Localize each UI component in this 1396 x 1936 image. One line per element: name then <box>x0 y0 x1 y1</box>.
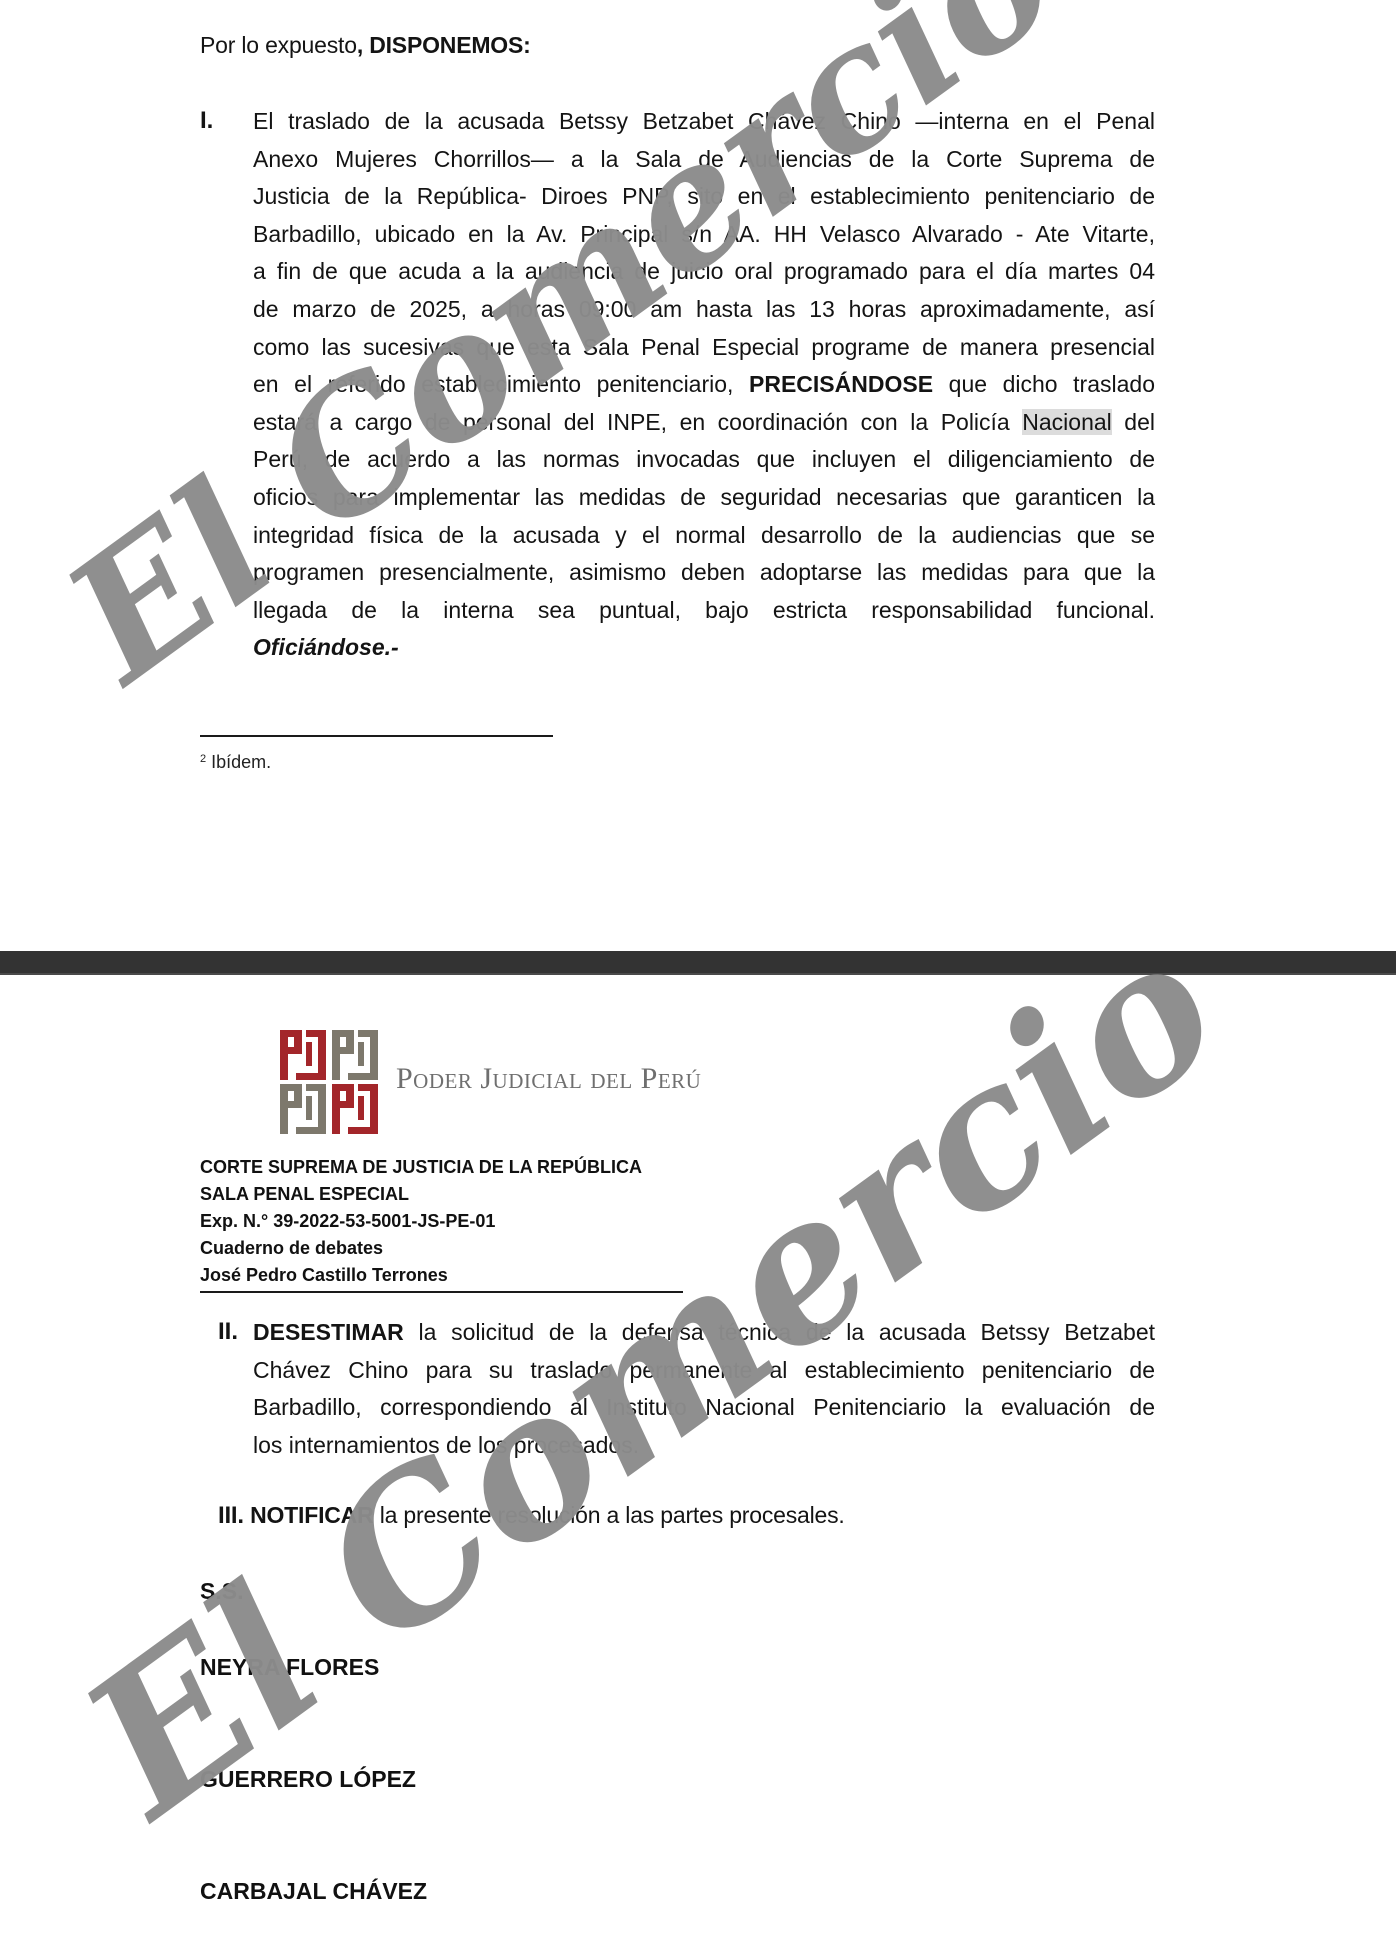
paragraph-line: El traslado de la acusada Betssy Betzabe… <box>253 108 1155 145</box>
footnote-text: Ibídem. <box>211 752 271 772</box>
item-3-verb: NOTIFICAR <box>250 1502 373 1528</box>
paragraph-line: Barbadillo, ubicado en la Av. Principal … <box>253 221 1155 258</box>
paragraph-line: Anexo Mujeres Chorrillos— a la Sala de A… <box>253 146 1155 183</box>
paragraph-line: DESESTIMAR la solicitud de la defensa té… <box>253 1319 1155 1356</box>
footnote-marker: 2 <box>200 753 206 765</box>
footnote: 2 Ibídem. <box>200 752 271 773</box>
signatory-3: CARBAJAL CHÁVEZ <box>200 1878 427 1905</box>
highlighted-word: Nacional <box>1022 409 1112 435</box>
footnote-separator <box>200 735 553 737</box>
salutation: S.S. <box>200 1578 243 1605</box>
header-line: Exp. N.° 39-2022-53-5001-JS-PE-01 <box>200 1211 495 1232</box>
precisandose-bold: PRECISÁNDOSE <box>749 371 933 397</box>
signatory-2: GUERRERO LÓPEZ <box>200 1766 416 1793</box>
paragraph-line: a fin de que acuda a la audiencia de jui… <box>253 258 1155 295</box>
paragraph-line: estará a cargo de personal del INPE, en … <box>253 409 1155 446</box>
header-line: José Pedro Castillo Terrones <box>200 1265 448 1286</box>
paragraph-line: los internamientos de los procesados. <box>253 1432 1155 1469</box>
header-line: Cuaderno de debates <box>200 1238 383 1259</box>
page-divider <box>0 951 1396 975</box>
paragraph-line: Chávez Chino para su traslado permanente… <box>253 1357 1155 1394</box>
desestimar-bold: DESESTIMAR <box>253 1319 404 1345</box>
item-numeral-1: I. <box>200 107 213 135</box>
item-3-text: la presente resolución a las partes proc… <box>380 1502 845 1528</box>
logo-wordmark: Poder Judicial del Perú <box>396 1062 701 1096</box>
closing-line: Oficiándose.- <box>253 634 1155 671</box>
paragraph-line: como las sucesivas que esta Sala Penal E… <box>253 334 1155 371</box>
paragraph-line: de marzo de 2025, a horas 09:00 am hasta… <box>253 296 1155 333</box>
intro-text: Por lo expuesto <box>200 32 357 58</box>
header-line: CORTE SUPREMA DE JUSTICIA DE LA REPÚBLIC… <box>200 1157 642 1178</box>
intro-bold: , DISPONEMOS: <box>357 32 531 58</box>
item-3-paragraph: III. NOTIFICAR la presente resolución a … <box>218 1502 845 1530</box>
disposition-intro: Por lo expuesto, DISPONEMOS: <box>200 32 531 59</box>
paragraph-line: Perú, de acuerdo a las normas invocadas … <box>253 446 1155 483</box>
item-numeral-3: III. <box>218 1502 244 1529</box>
paragraph-line: Justicia de la República- Diroes PNP, si… <box>253 183 1155 220</box>
oficiandose: Oficiándose.- <box>253 634 399 660</box>
paragraph-line: en el referido establecimiento penitenci… <box>253 371 1155 408</box>
paragraph-line: oficios para implementar las medidas de … <box>253 484 1155 521</box>
paragraph-line: llegada de la interna sea puntual, bajo … <box>253 597 1155 634</box>
item-numeral-2: II. <box>218 1318 238 1346</box>
paragraph-line: Barbadillo, correspondiendo al Instituto… <box>253 1394 1155 1431</box>
header-rule <box>200 1291 683 1293</box>
signatory-1: NEYRA FLORES <box>200 1654 379 1681</box>
header-line: SALA PENAL ESPECIAL <box>200 1184 409 1205</box>
paragraph-line: programen presencialmente, asimismo debe… <box>253 559 1155 596</box>
paragraph-line: integridad física de la acusada y el nor… <box>253 522 1155 559</box>
poder-judicial-logo-icon <box>280 1030 380 1136</box>
